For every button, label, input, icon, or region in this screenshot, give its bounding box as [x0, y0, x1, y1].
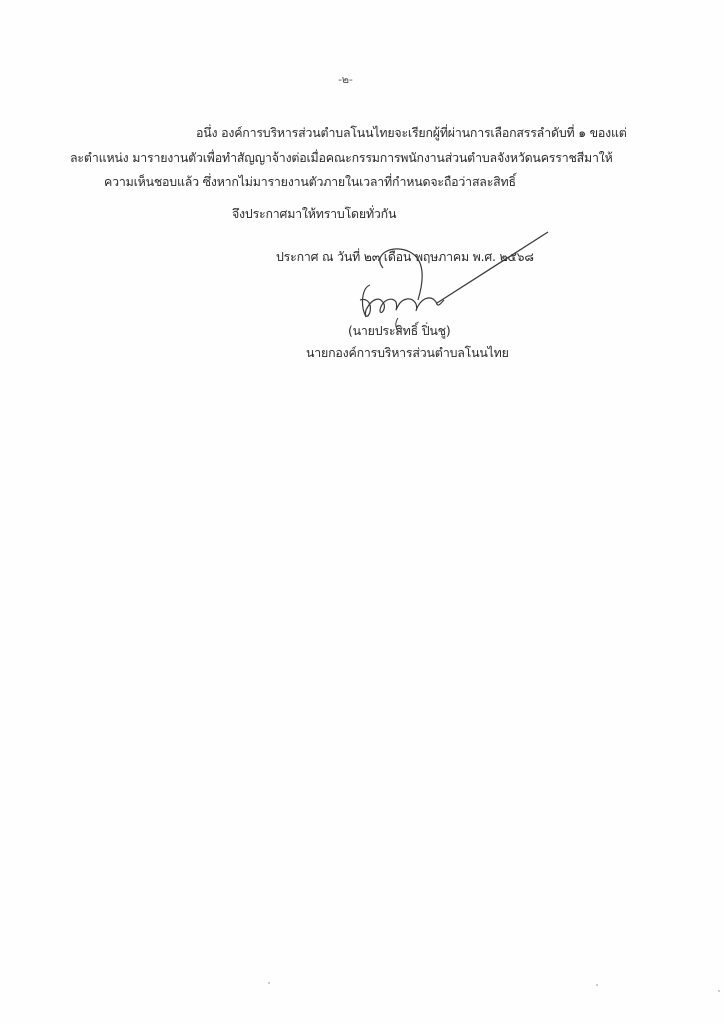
- announcement-date: ประกาศ ณ วันที่ ๒๓ เดือน พฤษภาคม พ.ศ. ๒๕…: [276, 249, 534, 265]
- paragraph-line-2: ละตำแหน่ง มารายงานตัวเพื่อทำสัญญาจ้างต่อ…: [70, 150, 613, 166]
- signer-name: (นายประสิทธิ์ ปิ่นชู): [348, 323, 451, 339]
- document-page: -๒- อนึ่ง องค์การบริหารส่วนตำบลโนนไทยจะเ…: [0, 0, 724, 1024]
- signer-title: นายกองค์การบริหารส่วนตำบลโนนไทย: [306, 345, 509, 361]
- scan-speck: [268, 982, 270, 984]
- scan-speck: [596, 984, 598, 986]
- closing-statement: จึงประกาศมาให้ทราบโดยทั่วกัน: [232, 206, 396, 222]
- scan-speck: [718, 990, 720, 992]
- paragraph-line-1: อนึ่ง องค์การบริหารส่วนตำบลโนนไทยจะเรียก…: [196, 125, 627, 141]
- page-number: -๒-: [338, 72, 353, 88]
- paragraph-line-3: ความเห็นชอบแล้ว ซึ่งหากไม่มารายงานตัวภาย…: [104, 174, 516, 190]
